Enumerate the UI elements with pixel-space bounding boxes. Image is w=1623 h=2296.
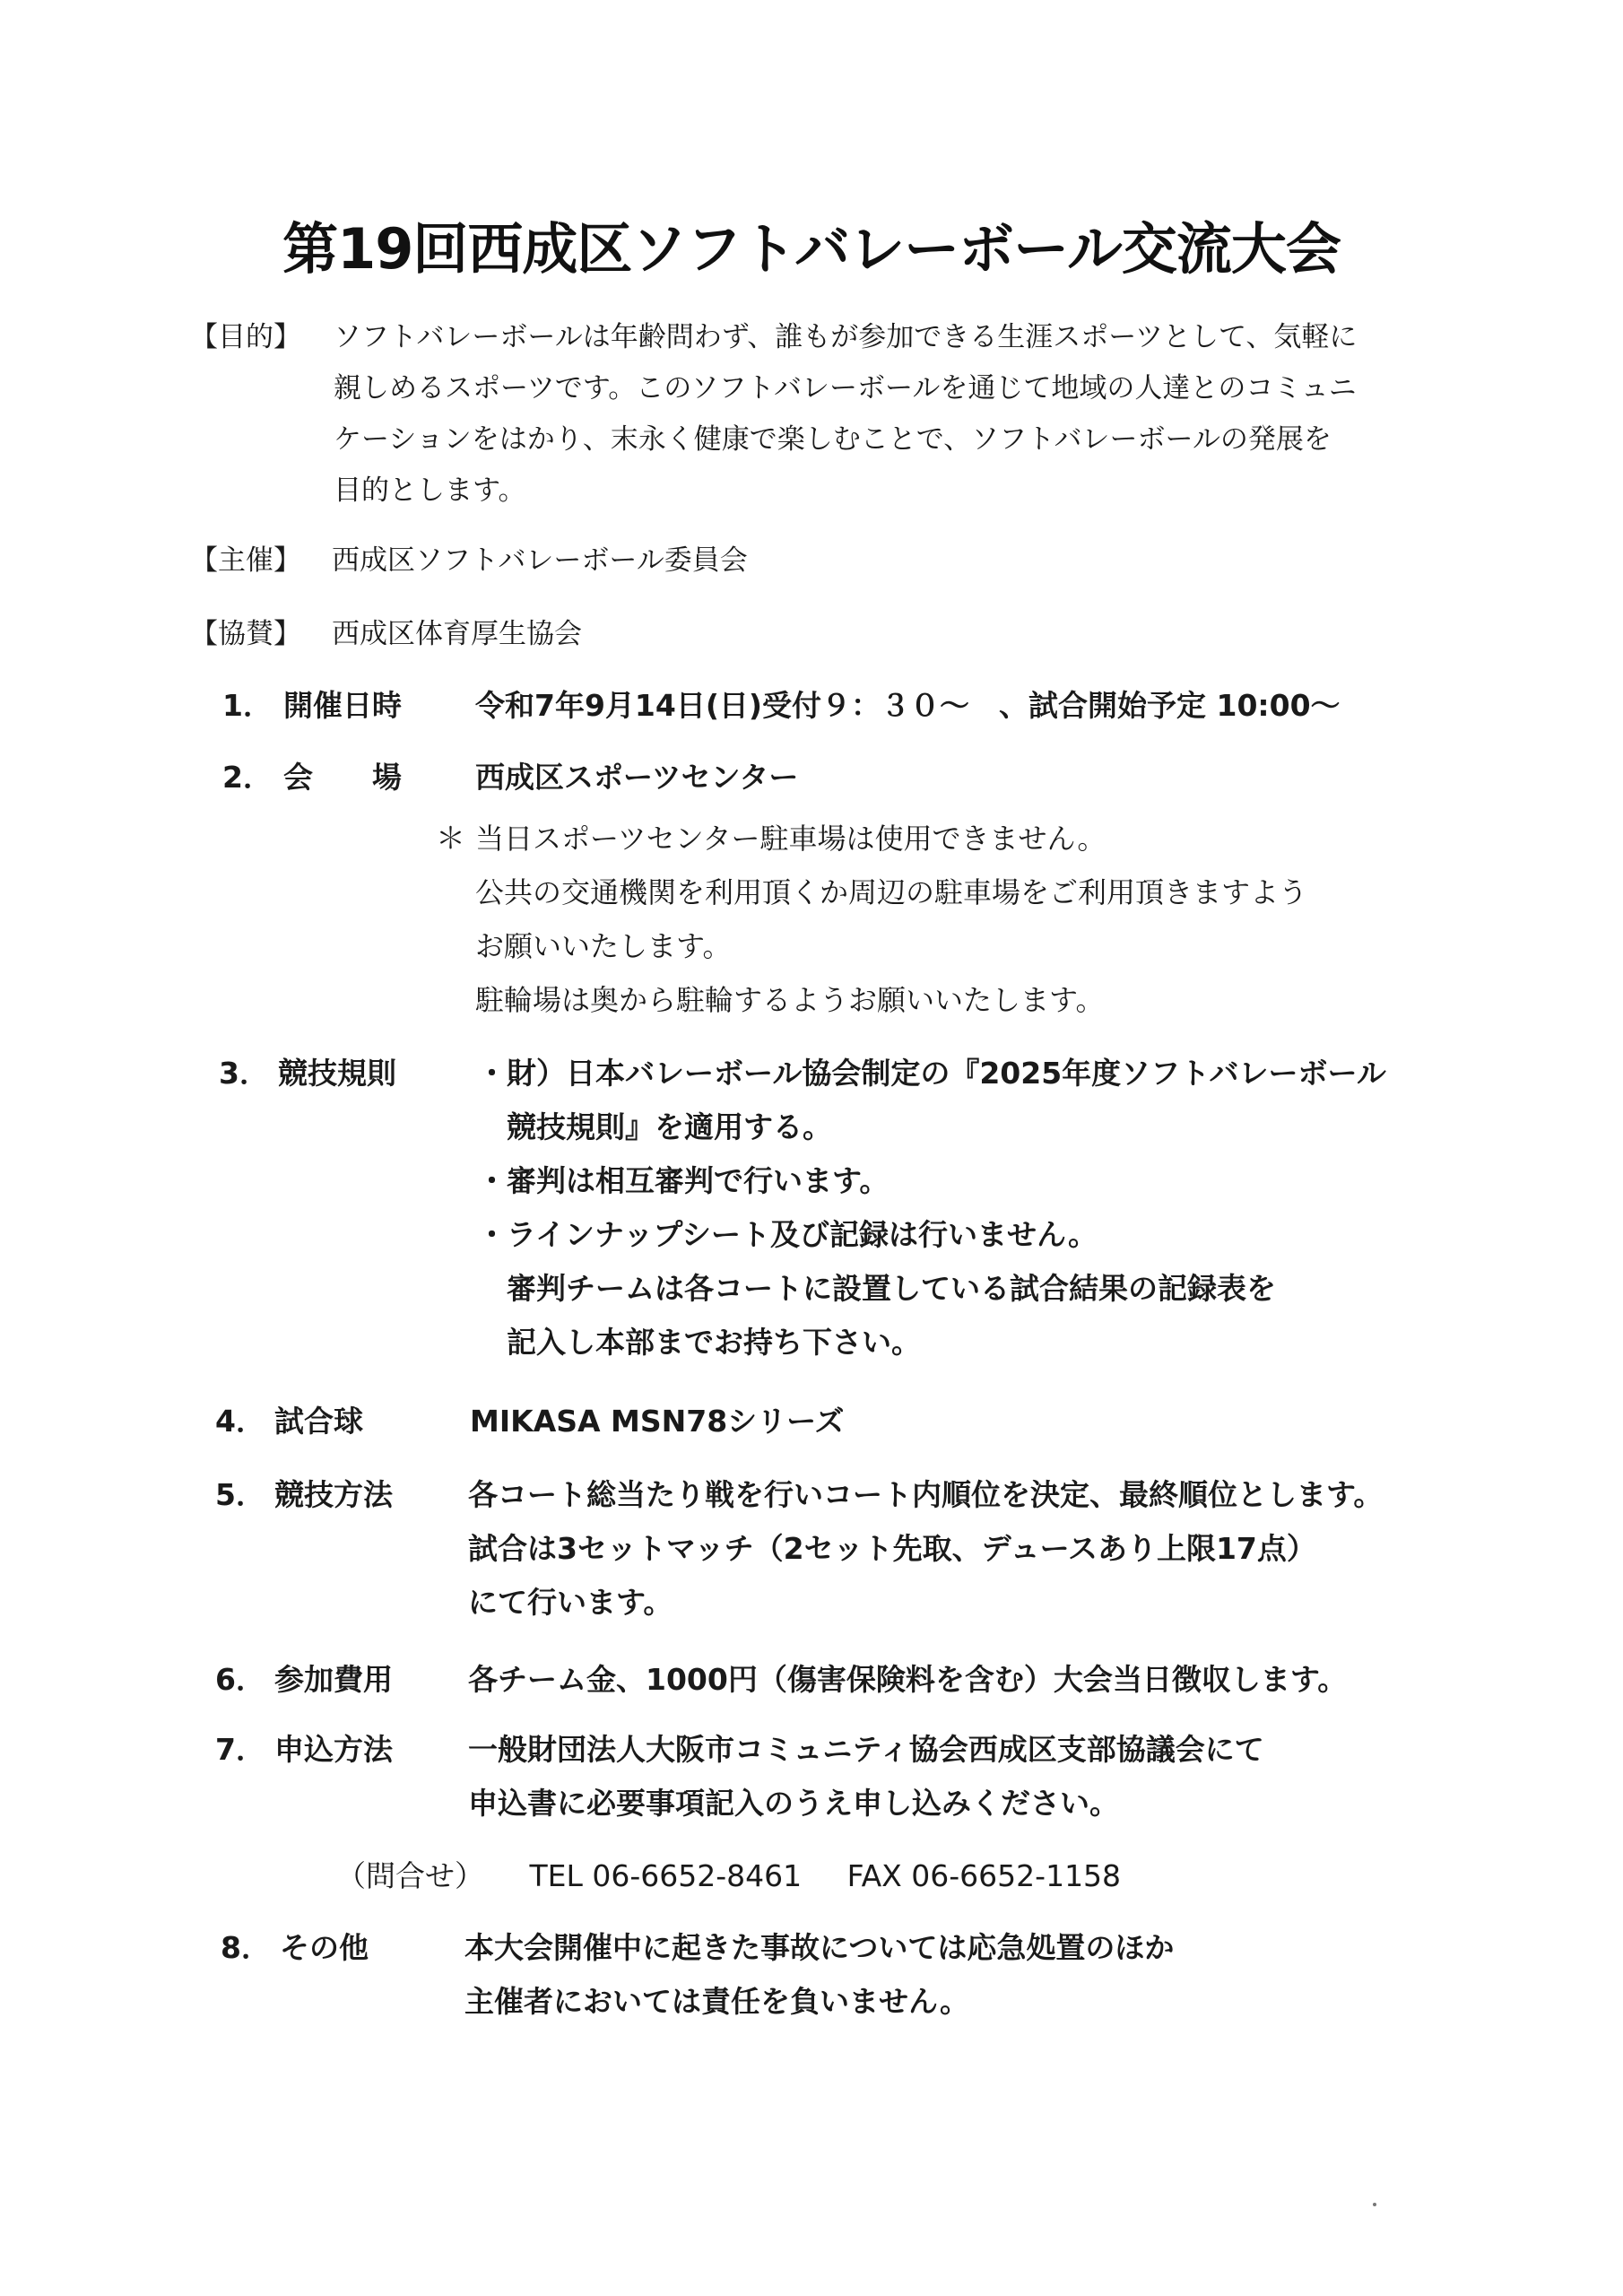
- item-number: 3．: [219, 1047, 269, 1100]
- inquiry-contact: （問合せ） TEL 06-6652-8461 FAX 06-6652-1158: [336, 1853, 1157, 1895]
- item-label: 会 場: [283, 751, 402, 804]
- inquiry-tel: TEL 06-6652-8461: [530, 1858, 803, 1893]
- item-label: 試合球: [274, 1395, 363, 1448]
- item-label: 競技方法: [274, 1468, 393, 1522]
- item-content-line: 各チーム金、1000円（傷害保険料を含む）大会当日徴収します。: [468, 1653, 1347, 1707]
- item-number: 6．: [215, 1653, 265, 1707]
- item-number: 1．: [222, 679, 273, 733]
- purpose-line: ソフトバレーボールは年齢問わず、誰もが参加できる生涯スポーツとして、気軽に: [334, 312, 1357, 363]
- item-label: その他: [280, 1921, 369, 1975]
- scan-speck: [1373, 2203, 1376, 2206]
- item-number: 7．: [215, 1723, 265, 1777]
- item-content-line: 審判チームは各コートに設置している試合結果の記録表を: [477, 1262, 1386, 1316]
- item-content-line: 主催者においては責任を負いません。: [464, 1975, 1174, 2029]
- item-content-line: ・審判は相互審判で行います。: [477, 1154, 1386, 1208]
- item-content-line: 各コート総当たり戦を行いコート内順位を決定、最終順位とします。: [468, 1468, 1383, 1522]
- item-label: 申込方法: [274, 1723, 393, 1777]
- item-content-line: ・ラインナップシート及び記録は行いません。: [477, 1208, 1386, 1262]
- item-content-line: 試合は3セットマッチ（2セット先取、デュースあり上限17点）: [468, 1522, 1383, 1576]
- purpose-line: 親しめるスポーツです。このソフトバレーボールを通じて地域の人達とのコミュニ: [334, 363, 1357, 414]
- note-line: 公共の交通機関を利用頂くか周辺の駐車場をご利用頂きますよう: [475, 865, 1307, 919]
- inquiry-label: （問合せ）: [336, 1858, 484, 1893]
- item-content-line: 一般財団法人大阪市コミュニティ協会西成区支部協議会にて: [468, 1723, 1264, 1777]
- organizer-label: 【主催】: [190, 535, 301, 587]
- note-line: 当日スポーツセンター駐車場は使用できません。: [475, 812, 1307, 865]
- item-content-line: 競技規則』を適用する。: [477, 1100, 1386, 1154]
- document-page: 第19回西成区ソフトバレーボール交流大会 【目的】 ソフトバレーボールは年齢問わ…: [0, 0, 1623, 2296]
- item-content-line: MIKASA MSN78シリーズ: [470, 1395, 845, 1448]
- purpose-line: ケーションをはかり、末永く健康で楽しむことで、ソフトバレーボールの発展を: [334, 414, 1357, 465]
- item-content-line: 申込書に必要事項記入のうえ申し込みください。: [468, 1777, 1264, 1831]
- item-content-line: にて行います。: [468, 1576, 1383, 1630]
- item-number: 5．: [215, 1468, 265, 1522]
- purpose-line: 目的とします。: [334, 465, 1357, 517]
- document-title: 第19回西成区ソフトバレーボール交流大会: [0, 204, 1623, 284]
- item-content-line: 記入し本部までお持ち下さい。: [477, 1316, 1386, 1370]
- item-number: 2．: [222, 751, 273, 804]
- item-content-line: 令和7年9月14日(日)受付９：３０～ 、試合開始予定 10:00～: [475, 679, 1341, 733]
- note-line: 駐輪場は奥から駐輪するようお願いいたします。: [475, 973, 1307, 1027]
- item-label: 参加費用: [274, 1653, 393, 1707]
- item-content-line: 西成区スポーツセンター: [475, 751, 798, 804]
- inquiry-fax: FAX 06-6652-1158: [847, 1858, 1121, 1893]
- item-number: 4．: [215, 1395, 265, 1448]
- purpose-label: 【目的】: [190, 312, 301, 363]
- sponsor-label: 【協賛】: [190, 609, 301, 660]
- item-content-line: 本大会開催中に起きた事故については応急処置のほか: [464, 1921, 1174, 1975]
- asterisk-icon: ＊: [436, 812, 465, 865]
- item-number: 8．: [221, 1921, 271, 1975]
- item-label: 競技規則: [278, 1047, 396, 1100]
- sponsor-value: 西成区体育厚生協会: [332, 609, 582, 660]
- item-content-line: ・財）日本バレーボール協会制定の『2025年度ソフトバレーボール: [477, 1047, 1386, 1100]
- organizer-value: 西成区ソフトバレーボール委員会: [332, 535, 748, 587]
- note-line: お願いいたします。: [475, 919, 1307, 973]
- item-label: 開催日時: [283, 679, 402, 733]
